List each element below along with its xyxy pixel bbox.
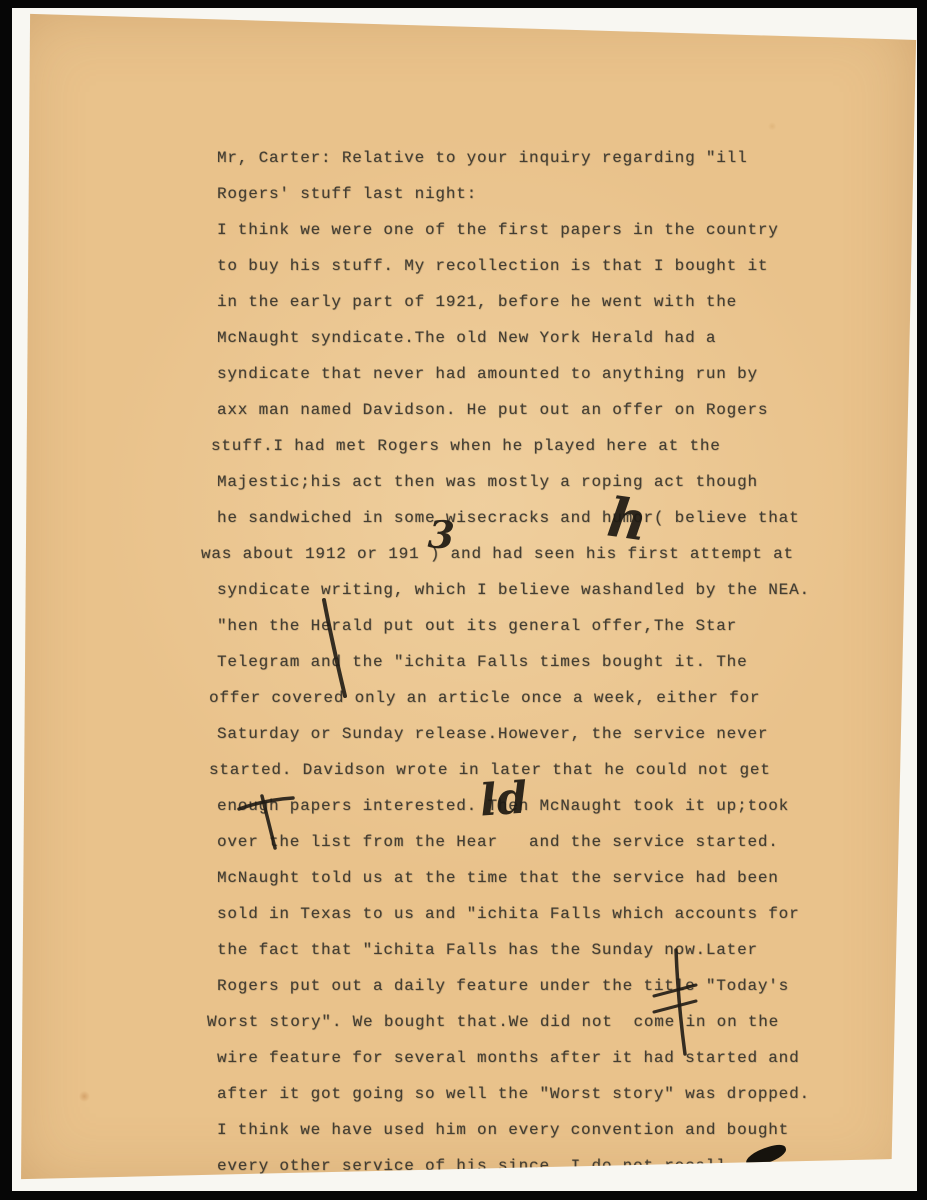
letter-line: Mr, Carter: Relative to your inquiry reg… — [217, 140, 877, 176]
letter-line: started. Davidson wrote in later that he… — [209, 752, 877, 788]
letter-line: over the list from the Hear and the serv… — [217, 824, 877, 860]
letter-line: Telegram and the "ichita Falls times bou… — [217, 644, 877, 680]
letter-line: stuff.I had met Rogers when he played he… — [211, 428, 877, 464]
letter-line: offer covered only an article once a wee… — [209, 680, 877, 716]
letter-line: he sandwiched in some wisecracks and hum… — [217, 500, 877, 536]
handwritten-ld-annotation: ld — [479, 776, 529, 823]
letter-line: Rogers' stuff last night: — [217, 176, 877, 212]
letter-line: the fact that "ichita Falls has the Sund… — [217, 932, 877, 968]
letter-line: syndicate writing, which I believe washa… — [217, 572, 877, 608]
letter-line: McNaught told us at the time that the se… — [217, 860, 877, 896]
letter-paper: Mr, Carter: Relative to your inquiry reg… — [12, 8, 917, 1191]
letter-line: syndicate that never had amounted to any… — [217, 356, 877, 392]
letter-line: Worst story". We bought that.We did not … — [207, 1004, 877, 1040]
letter-line: I think we were one of the first papers … — [217, 212, 877, 248]
letter-line: "hen the Herald put out its general offe… — [217, 608, 877, 644]
letter-line: to buy his stuff. My recollection is tha… — [217, 248, 877, 284]
letter-line: was about 1912 or 191 ) and had seen his… — [201, 536, 877, 572]
letter-line: wire feature for several months after it… — [217, 1040, 877, 1076]
letter-line: in the early part of 1921, before he wen… — [217, 284, 877, 320]
letter-line: enough papers interested. Then McNaught … — [217, 788, 877, 824]
letter-line: axx man named Davidson. He put out an of… — [217, 392, 877, 428]
scan-area: Mr, Carter: Relative to your inquiry reg… — [12, 8, 917, 1191]
letter-line: McNaught syndicate.The old New York Hera… — [217, 320, 877, 356]
handwritten-h-annotation: h — [604, 490, 650, 549]
letter-line: Saturday or Sunday release.However, the … — [217, 716, 877, 752]
letter-line: after it got going so well the "Worst st… — [217, 1076, 877, 1112]
letter-line: sold in Texas to us and "ichita Falls wh… — [217, 896, 877, 932]
letter-line: I think we have used him on every conven… — [217, 1112, 877, 1148]
scan-background: { "letter": { "document_type": "typewrit… — [0, 0, 927, 1200]
handwritten-3-annotation: 3 — [427, 515, 455, 554]
letter-body: Mr, Carter: Relative to your inquiry reg… — [217, 140, 877, 1184]
letter-line: Majestic;his act then was mostly a ropin… — [217, 464, 877, 500]
letter-line: Rogers put out a daily feature under the… — [217, 968, 877, 1004]
